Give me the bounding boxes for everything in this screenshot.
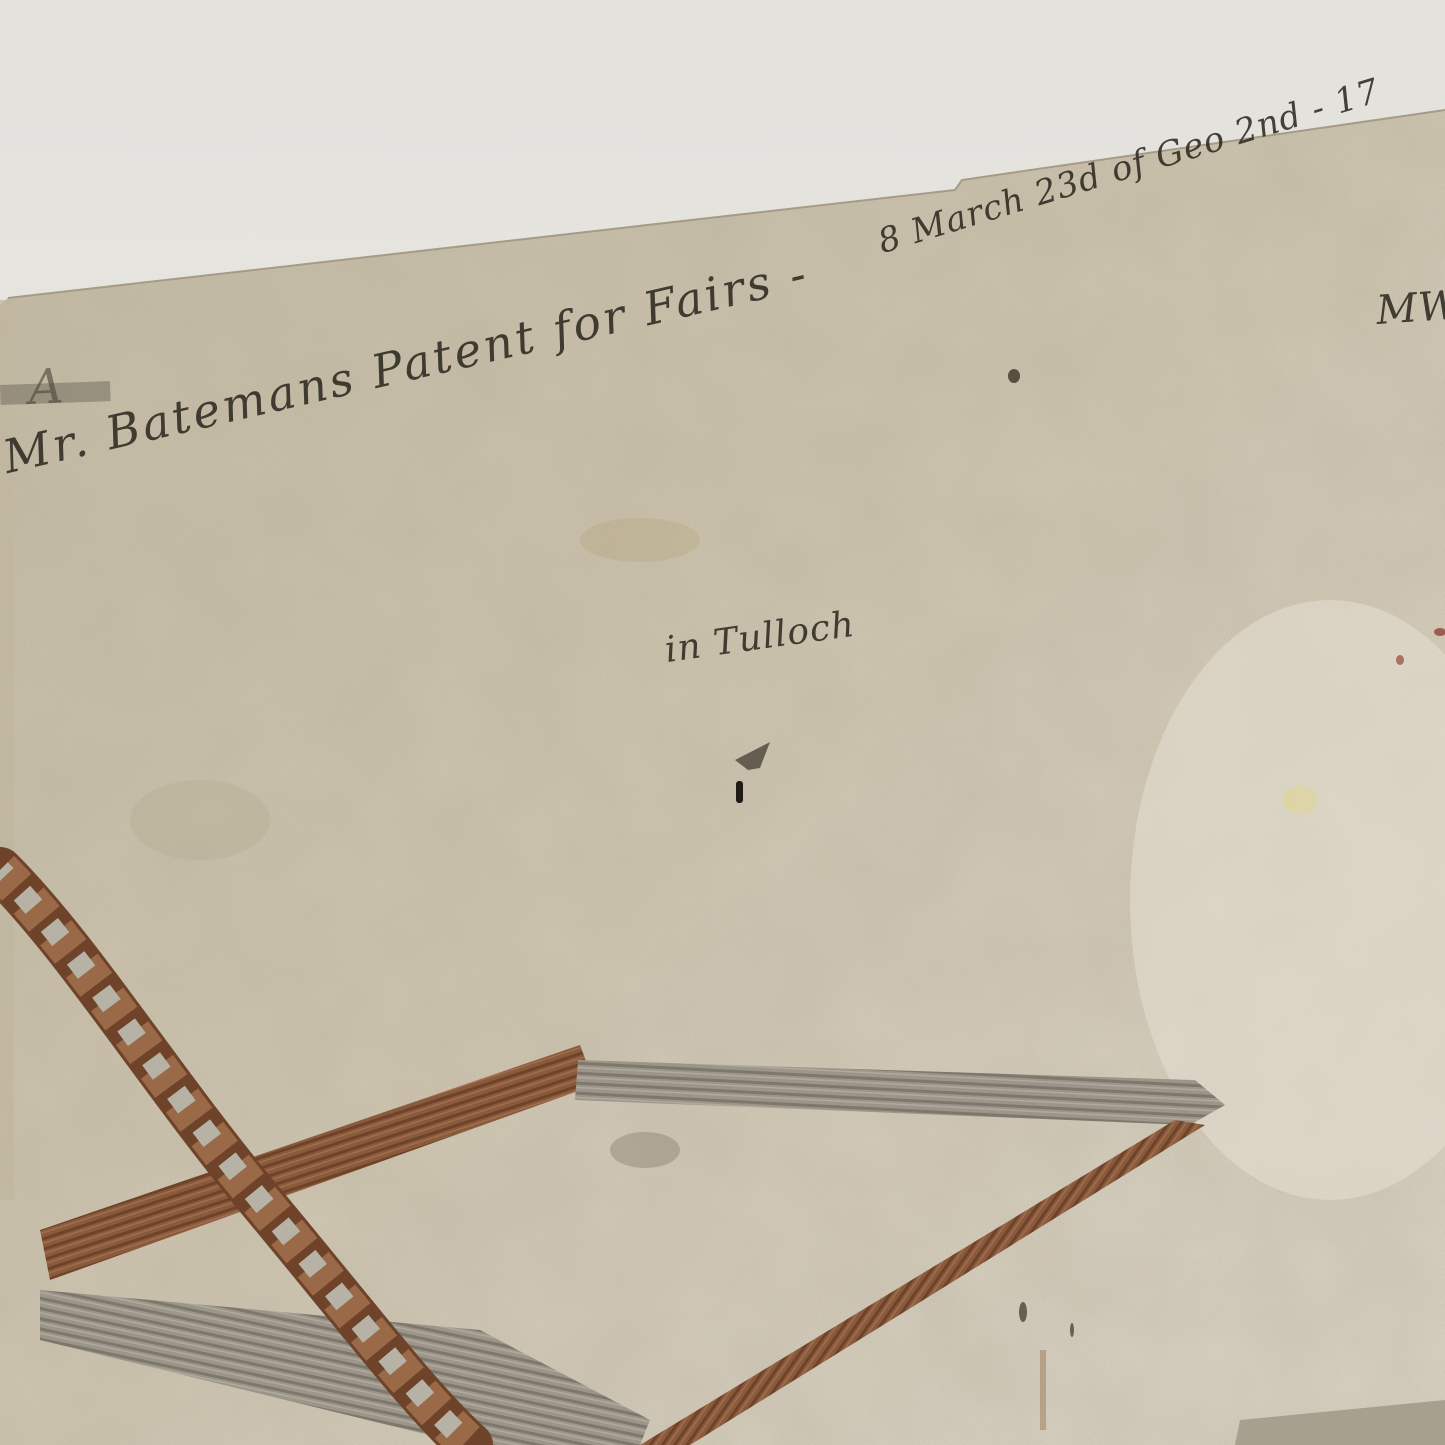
- corner-mark: MW: [1375, 282, 1445, 334]
- document-illustration: [0, 0, 1445, 1445]
- folio-mark: A: [27, 358, 66, 416]
- vellum-document: A 8 March 23d of Geo 2nd - 17 Mr. Batema…: [0, 0, 1445, 1445]
